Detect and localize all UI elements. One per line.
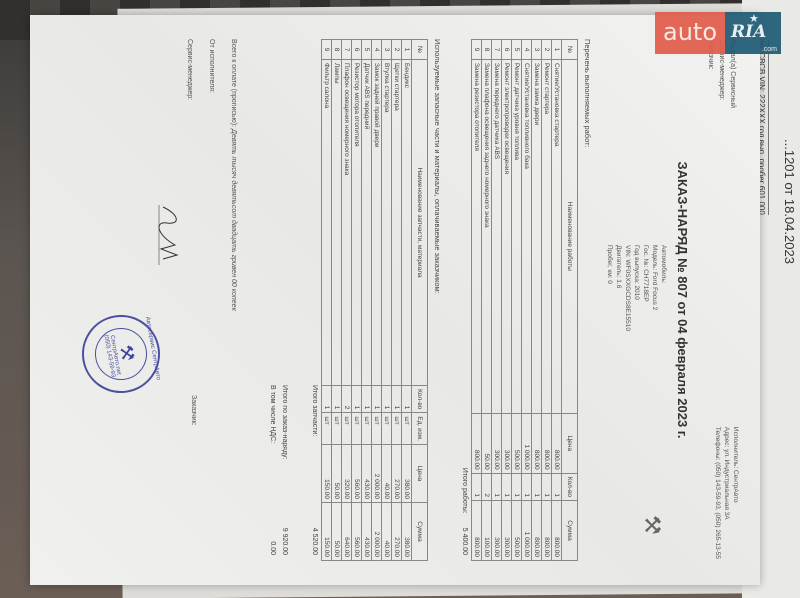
table-cell: шт: [352, 413, 362, 445]
table-cell: 1: [542, 473, 552, 500]
table-cell: 1: [372, 386, 382, 413]
grand-total-value: 9 920.00: [276, 528, 288, 555]
table-cell: 800.00: [472, 501, 482, 561]
table-cell: 150.00: [322, 503, 332, 561]
table-cell: 800.00: [552, 413, 562, 473]
table-cell: Снятие/Установка стартера: [552, 60, 562, 414]
table-cell: 100.00: [482, 501, 492, 561]
summary-totals: Итого запчасти:4 520.00 Итого по заказ-н…: [264, 385, 318, 555]
col-unit: Ед. изм.: [412, 413, 428, 445]
table-row: 1Бендикс1шт380.00380.00: [402, 40, 412, 561]
table-row: 9Фильтр салона1шт150.00150.00: [322, 40, 332, 561]
table-cell: 2: [482, 473, 492, 500]
table-cell: 380.00: [402, 445, 412, 503]
table-cell: 300.00: [502, 501, 512, 561]
car-label: Автомобиль:: [659, 245, 668, 331]
table-cell: Замена плафона освещения заднего номерно…: [482, 60, 492, 414]
table-cell: 560.00: [352, 445, 362, 503]
parts-section-title: Используемые запасные части и материалы,…: [433, 39, 442, 294]
table-cell: Бендикс: [402, 60, 412, 386]
table-cell: 300.00: [492, 413, 502, 473]
table-cell: 4: [522, 40, 532, 60]
table-cell: 8: [332, 40, 342, 60]
work-order-page: Выдал(а) Сервисный Сервис-менеджер: Зака…: [30, 15, 760, 585]
car-engine: Двигатель: 1.6: [614, 245, 623, 331]
table-cell: 2 000.00: [372, 503, 382, 561]
table-cell: 380.00: [402, 503, 412, 561]
table-cell: Замена переднего датчика ABS: [492, 60, 502, 414]
table-cell: 1: [402, 40, 412, 60]
table-cell: Ремонт электропроводки освещения: [502, 60, 512, 414]
table-row: 4Замок задней правой двери1шт2 000.002 0…: [372, 40, 382, 561]
col-qty: Кол-во: [562, 473, 578, 500]
vat-value: 0.00: [264, 541, 276, 555]
table-cell: 430.00: [362, 503, 372, 561]
table-row: 9Замена резистора отопителя800.001800.00: [472, 40, 482, 561]
table-cell: 560.00: [352, 503, 362, 561]
table-cell: 2: [342, 386, 352, 413]
table-cell: 1: [552, 40, 562, 60]
table-cell: 640.00: [342, 503, 352, 561]
table-row: 8Лампы1шт50.0050.00: [332, 40, 342, 561]
table-cell: 300.00: [492, 501, 502, 561]
table-cell: 8: [482, 40, 492, 60]
table-cell: 9: [472, 40, 482, 60]
signature: [155, 205, 185, 265]
table-row: 3Втулка стартера1шт40.0040.00: [382, 40, 392, 561]
table-cell: 5: [362, 40, 372, 60]
table-cell: шт: [342, 413, 352, 445]
watermark-com: .com: [762, 46, 777, 53]
document-title: ЗАКАЗ-НАРЯД № 807 от 04 февраля 2023 г.: [675, 15, 690, 585]
col-price: Цена: [562, 413, 578, 473]
table-row: 6Ремонт электропроводки освещения300.001…: [502, 40, 512, 561]
table-cell: 7: [342, 40, 352, 60]
table-cell: Щетки стартера: [392, 60, 402, 386]
table-cell: 800.00: [542, 413, 552, 473]
table-cell: 800.00: [532, 413, 542, 473]
table-cell: шт: [332, 413, 342, 445]
works-total-value: 5 400.00: [456, 528, 468, 555]
table-cell: 50.00: [332, 503, 342, 561]
col-no: №: [562, 40, 578, 60]
parts-total-value: 4 520.00: [306, 528, 318, 555]
watermark-auto: auto: [655, 12, 725, 54]
works-total: Итого работы:5 400.00: [456, 468, 468, 555]
table-cell: Замена резистора отопителя: [472, 60, 482, 414]
table-cell: 1: [392, 386, 402, 413]
table-cell: 1: [532, 473, 542, 500]
table-cell: 3: [532, 40, 542, 60]
table-row: 7Замена переднего датчика ABS300.001300.…: [492, 40, 502, 561]
car-model: Модель: Ford Focus 2: [650, 245, 659, 331]
table-cell: Ремонт датчика уровня топлива: [512, 60, 522, 414]
in-words-value: Девять тысяч девятьсот двадцать гривен 0…: [230, 129, 237, 311]
car-vin: VIN: WF0SXXGCDS8E15510: [623, 245, 632, 331]
car-plate: Гос. №: СН7718ЕР: [641, 245, 650, 331]
table-cell: 6: [502, 40, 512, 60]
customer-sign-label: Заказчик:: [186, 395, 200, 426]
table-cell: 40.00: [382, 445, 392, 503]
executor-phones: Телефоны: (050) 143-59-93, (050) 265-13-…: [713, 427, 722, 559]
table-cell: 50.00: [332, 445, 342, 503]
table-cell: Замок задней правой двери: [372, 60, 382, 386]
table-cell: 1 000.00: [522, 413, 532, 473]
table-cell: 9: [322, 40, 332, 60]
table-cell: 500.00: [512, 413, 522, 473]
car-year: Год выпуска: 2010: [632, 245, 641, 331]
table-cell: Плафон освещения номерного знака: [342, 60, 352, 386]
table-cell: 500.00: [512, 501, 522, 561]
watermark-ria-text: RIA: [731, 22, 766, 42]
grand-total-label: Итого по заказ-наряду:: [276, 385, 288, 459]
car-mileage: Пробег, км: 0: [605, 245, 614, 331]
table-row: 1Снятие/Установка стартера800.001800.00: [552, 40, 562, 561]
table-cell: 800.00: [542, 501, 552, 561]
executor-name: Исполнитель: СентрАвто: [731, 427, 740, 559]
car-info: Автомобиль: Модель: Ford Focus 2 Гос. №:…: [605, 245, 668, 331]
table-row: 2Ремонт стартера800.001800.00: [542, 40, 552, 561]
table-cell: 150.00: [322, 445, 332, 503]
parts-total-label: Итого запчасти:: [306, 385, 318, 436]
autoria-watermark: auto ★ RIA .com: [655, 12, 781, 54]
executor-address: Адрес: ул. Индустриальная 3А: [722, 427, 731, 559]
watermark-ria: ★ RIA .com: [725, 12, 781, 54]
header-right: Исполнитель: СентрАвто Адрес: ул. Индуст…: [713, 427, 740, 559]
table-row: 6Резистор мотора отопителя1шт560.00560.0…: [352, 40, 362, 561]
col-price: Цена: [412, 445, 428, 503]
document-photo: Выдал(а) Сервисный Сервис-менеджер: Зака…: [30, 15, 760, 585]
wrench-logo-icon: ⚒: [635, 515, 665, 545]
table-cell: 1: [322, 386, 332, 413]
table-cell: 300.00: [502, 413, 512, 473]
footer: Всего к оплате (прописью): Девять тысяч …: [182, 39, 240, 311]
works-total-label: Итого работы:: [456, 468, 468, 514]
company-stamp: Автосервис СентрАвто ⚒ СентрАвто.net (05…: [76, 309, 166, 399]
table-cell: Замена замка двери: [532, 60, 542, 414]
table-cell: 1: [492, 473, 502, 500]
table-row: 3Замена замка двери800.001800.00: [532, 40, 542, 561]
table-cell: 40.00: [382, 503, 392, 561]
works-table: № Наименование работы Цена Кол-во Сумма …: [471, 39, 578, 561]
table-cell: Лампы: [332, 60, 342, 386]
table-cell: 5: [512, 40, 522, 60]
table-cell: 430.00: [362, 445, 372, 503]
table-cell: 1: [362, 386, 372, 413]
table-row: 8Замена плафона освещения заднего номерн…: [482, 40, 492, 561]
table-cell: 270.00: [392, 445, 402, 503]
table-cell: 2 000.00: [372, 445, 382, 503]
table-cell: 4: [372, 40, 382, 60]
table-cell: шт: [392, 413, 402, 445]
table-cell: 800.00: [532, 501, 542, 561]
works-section-title: Перечень выполняемых работ:: [583, 39, 592, 148]
table-cell: 1: [402, 386, 412, 413]
table-cell: 1: [332, 386, 342, 413]
in-words-label: Всего к оплате (прописью):: [230, 39, 237, 127]
table-cell: 800.00: [552, 501, 562, 561]
col-part-name: Наименование запчасти, материала: [412, 60, 428, 386]
table-cell: 1: [382, 386, 392, 413]
table-cell: 1: [502, 473, 512, 500]
table-cell: 1 000.00: [522, 501, 532, 561]
table-cell: Втулка стартера: [382, 60, 392, 386]
table-row: 7Плафон освещения номерного знака2шт320.…: [342, 40, 352, 561]
table-cell: Резистор мотора отопителя: [352, 60, 362, 386]
table-cell: 3: [382, 40, 392, 60]
table-cell: 1: [352, 386, 362, 413]
vat-label: В том числе НДС:: [264, 385, 276, 443]
table-cell: 7: [492, 40, 502, 60]
table-cell: Ремонт стартера: [542, 60, 552, 414]
table-row: 5Ремонт датчика уровня топлива500.001500…: [512, 40, 522, 561]
manager-sign-label: Сервис-менеджер:: [182, 39, 196, 311]
wrench-stamp-icon: ⚒: [117, 343, 138, 362]
table-cell: 270.00: [392, 503, 402, 561]
table-row: 4Снятие/Установка топливного бака1 000.0…: [522, 40, 532, 561]
back-document-title: ...1201 от 18.04.2023: [782, 139, 797, 264]
table-cell: шт: [362, 413, 372, 445]
parts-table: № Наименование запчасти, материала Кол-в…: [321, 39, 428, 561]
col-no: №: [412, 40, 428, 60]
table-cell: шт: [322, 413, 332, 445]
table-row: 5Датчик ABS передний1шт430.00430.00: [362, 40, 372, 561]
table-cell: 320.00: [342, 445, 352, 503]
table-cell: 50.00: [482, 413, 492, 473]
table-cell: Датчик ABS передний: [362, 60, 372, 386]
table-cell: 1: [522, 473, 532, 500]
table-cell: шт: [402, 413, 412, 445]
table-cell: Фильтр салона: [322, 60, 332, 386]
table-cell: 6: [352, 40, 362, 60]
col-qty: Кол-во: [412, 386, 428, 413]
table-cell: 800.00: [472, 413, 482, 473]
col-sum: Сумма: [412, 503, 428, 561]
table-cell: 1: [512, 473, 522, 500]
table-row: 2Щетки стартера1шт270.00270.00: [392, 40, 402, 561]
table-cell: 1: [552, 473, 562, 500]
table-cell: шт: [382, 413, 392, 445]
table-cell: 2: [542, 40, 552, 60]
table-cell: шт: [372, 413, 382, 445]
table-cell: 2: [392, 40, 402, 60]
col-sum: Сумма: [562, 501, 578, 561]
stamp-inner: ⚒ СентрАвто.net (050) 143-59-93: [91, 324, 151, 384]
executor-sign-label: От исполнителя:: [204, 39, 218, 311]
table-cell: 1: [472, 473, 482, 500]
table-cell: Снятие/Установка топливного бака: [522, 60, 532, 414]
col-work-name: Наименование работы: [562, 60, 578, 414]
